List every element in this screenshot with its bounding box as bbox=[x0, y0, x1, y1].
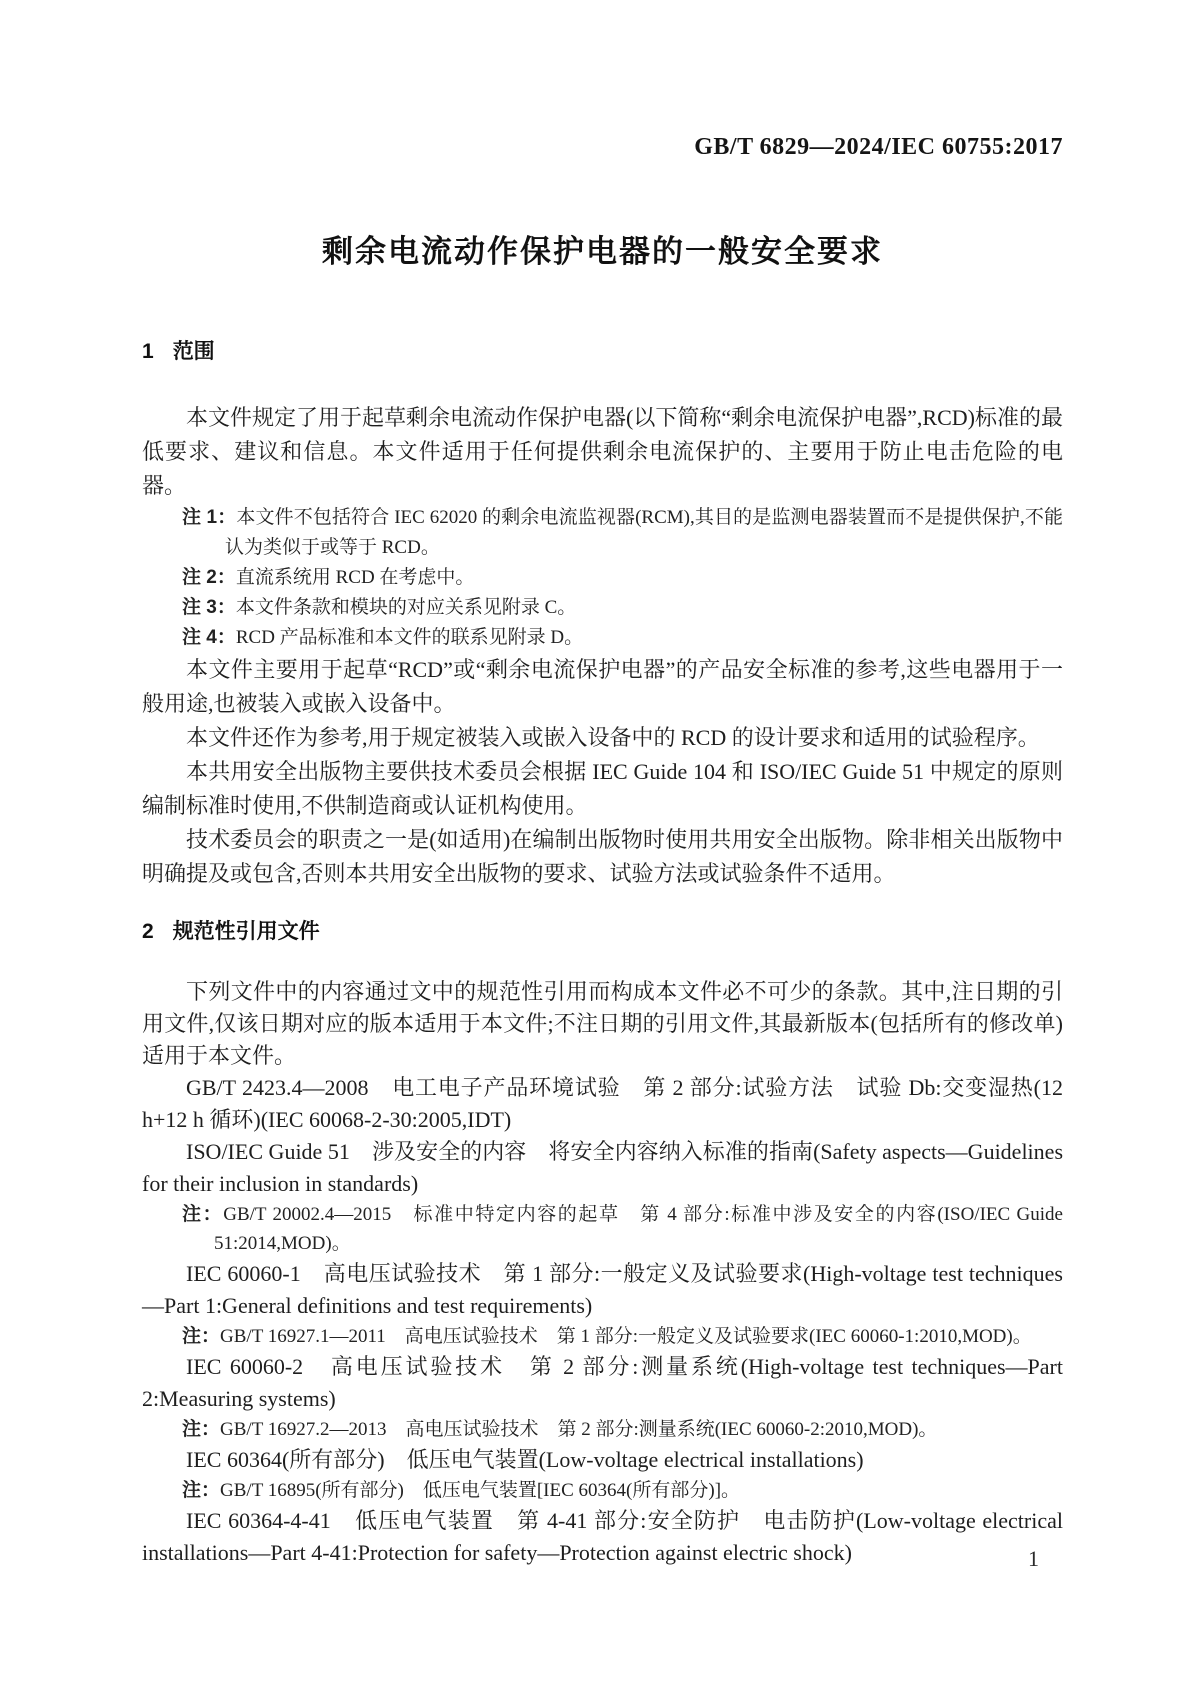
paragraph: 下列文件中的内容通过文中的规范性引用而构成本文件必不可少的条款。其中,注日期的引… bbox=[142, 976, 1063, 1072]
note-label: 注 4： bbox=[182, 627, 236, 648]
reference-note: 注：GB/T 16927.2—2013 高电压试验技术 第 2 部分:测量系统(… bbox=[142, 1415, 1063, 1444]
note-label: 注： bbox=[182, 1419, 220, 1440]
reference-note: 注：GB/T 20002.4—2015 标准中特定内容的起草 第 4 部分:标准… bbox=[142, 1200, 1063, 1258]
note-text: GB/T 20002.4—2015 标准中特定内容的起草 第 4 部分:标准中涉… bbox=[214, 1204, 1063, 1254]
document-page: GB/T 6829—2024/IEC 60755:2017 剩余电流动作保护电器… bbox=[0, 0, 1191, 1685]
paragraph: 本文件规定了用于起草剩余电流动作保护电器(以下简称“剩余电流保护电器”,RCD)… bbox=[142, 401, 1063, 503]
reference-entry: GB/T 2423.4—2008 电工电子产品环境试验 第 2 部分:试验方法 … bbox=[142, 1072, 1063, 1136]
reference-note: 注：GB/T 16895(所有部分) 低压电气装置[IEC 60364(所有部分… bbox=[142, 1476, 1063, 1505]
note: 注 3：本文件条款和模块的对应关系见附录 C。 bbox=[142, 593, 1063, 623]
paragraph: 本文件主要用于起草“RCD”或“剩余电流保护电器”的产品安全标准的参考,这些电器… bbox=[142, 653, 1063, 721]
section-1-title: 范围 bbox=[173, 340, 215, 363]
note-label: 注： bbox=[182, 1480, 220, 1501]
note-label: 注 1： bbox=[182, 507, 236, 528]
standard-code: GB/T 6829—2024/IEC 60755:2017 bbox=[142, 0, 1063, 160]
section-2-heading: 2规范性引用文件 bbox=[142, 919, 1063, 945]
paragraph: 技术委员会的职责之一是(如适用)在编制出版物时使用共用安全出版物。除非相关出版物… bbox=[142, 823, 1063, 891]
note: 注 2：直流系统用 RCD 在考虑中。 bbox=[142, 563, 1063, 593]
reference-entry: IEC 60364(所有部分) 低压电气装置(Low-voltage elect… bbox=[142, 1444, 1063, 1476]
reference-entry: ISO/IEC Guide 51 涉及安全的内容 将安全内容纳入标准的指南(Sa… bbox=[142, 1136, 1063, 1200]
paragraph: 本共用安全出版物主要供技术委员会根据 IEC Guide 104 和 ISO/I… bbox=[142, 755, 1063, 823]
paragraph: 本文件还作为参考,用于规定被装入或嵌入设备中的 RCD 的设计要求和适用的试验程… bbox=[142, 721, 1063, 755]
reference-entry: IEC 60364-4-41 低压电气装置 第 4-41 部分:安全防护 电击防… bbox=[142, 1505, 1063, 1569]
document-title: 剩余电流动作保护电器的一般安全要求 bbox=[142, 230, 1063, 274]
note-text: 本文件条款和模块的对应关系见附录 C。 bbox=[236, 597, 576, 618]
note-label: 注： bbox=[182, 1326, 220, 1347]
note-text: GB/T 16927.1—2011 高电压试验技术 第 1 部分:一般定义及试验… bbox=[220, 1326, 1032, 1347]
note: 注 4：RCD 产品标准和本文件的联系见附录 D。 bbox=[142, 623, 1063, 653]
note-text: 本文件不包括符合 IEC 62020 的剩余电流监视器(RCM),其目的是监测电… bbox=[225, 507, 1063, 558]
page-content: GB/T 6829—2024/IEC 60755:2017 剩余电流动作保护电器… bbox=[0, 0, 1191, 1569]
reference-note: 注：GB/T 16927.1—2011 高电压试验技术 第 1 部分:一般定义及… bbox=[142, 1322, 1063, 1351]
reference-entry: IEC 60060-1 高电压试验技术 第 1 部分:一般定义及试验要求(Hig… bbox=[142, 1258, 1063, 1322]
section-2-title: 规范性引用文件 bbox=[173, 920, 320, 943]
note-text: GB/T 16895(所有部分) 低压电气装置[IEC 60364(所有部分)]… bbox=[220, 1480, 740, 1501]
note-label: 注 2： bbox=[182, 567, 236, 588]
section-1-number: 1 bbox=[142, 339, 154, 365]
note-label: 注： bbox=[182, 1204, 223, 1225]
note-text: GB/T 16927.2—2013 高电压试验技术 第 2 部分:测量系统(IE… bbox=[220, 1419, 937, 1440]
note-text: 直流系统用 RCD 在考虑中。 bbox=[236, 567, 475, 588]
section-2-number: 2 bbox=[142, 919, 154, 945]
note-label: 注 3： bbox=[182, 597, 236, 618]
page-number: 1 bbox=[1028, 1546, 1039, 1572]
reference-entry: IEC 60060-2 高电压试验技术 第 2 部分:测量系统(High-vol… bbox=[142, 1351, 1063, 1415]
note: 注 1：本文件不包括符合 IEC 62020 的剩余电流监视器(RCM),其目的… bbox=[142, 503, 1063, 563]
note-text: RCD 产品标准和本文件的联系见附录 D。 bbox=[236, 627, 583, 648]
section-1-heading: 1范围 bbox=[142, 339, 1063, 365]
